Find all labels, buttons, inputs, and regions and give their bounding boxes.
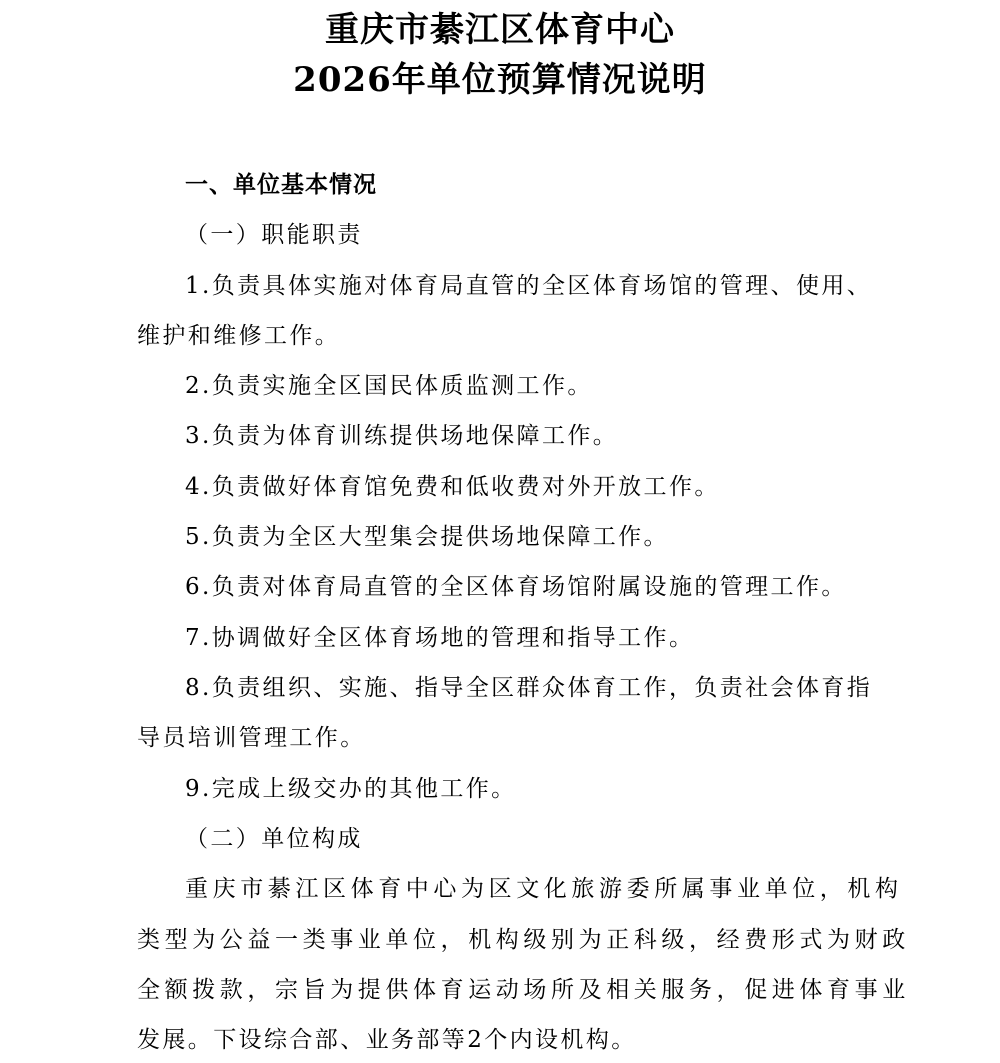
duty-item-4: 4.负责做好体育馆免费和低收费对外开放工作。	[185, 472, 945, 502]
section-heading: 一、单位基本情况	[185, 170, 945, 200]
composition-paragraph-line3: 全额拨款，宗旨为提供体育运动场所及相关服务，促进体育事业	[137, 975, 897, 1005]
duty-item-8-line1: 8.负责组织、实施、指导全区群众体育工作，负责社会体育指	[185, 673, 945, 703]
duty-item-8-line2: 导员培训管理工作。	[137, 723, 897, 753]
duty-item-1-line2: 维护和维修工作。	[137, 321, 897, 351]
composition-paragraph-line2: 类型为公益一类事业单位，机构级别为正科级，经费形式为财政	[137, 925, 897, 955]
duty-item-7: 7.协调做好全区体育场地的管理和指导工作。	[185, 623, 945, 653]
duty-item-5: 5.负责为全区大型集会提供场地保障工作。	[185, 522, 945, 552]
composition-paragraph-line4: 发展。下设综合部、业务部等2个内设机构。	[137, 1025, 897, 1055]
composition-paragraph-line1: 重庆市綦江区体育中心为区文化旅游委所属事业单位，机构	[185, 874, 945, 904]
subsection-heading-composition: （二）单位构成	[185, 824, 945, 854]
document-title-line1: 重庆市綦江区体育中心	[0, 10, 1000, 50]
duty-item-3: 3.负责为体育训练提供场地保障工作。	[185, 421, 945, 451]
duty-item-1-line1: 1.负责具体实施对体育局直管的全区体育场馆的管理、使用、	[185, 271, 945, 301]
document-title-line2: 2026年单位预算情况说明	[0, 60, 1000, 100]
duty-item-9: 9.完成上级交办的其他工作。	[185, 774, 945, 804]
duty-item-2: 2.负责实施全区国民体质监测工作。	[185, 371, 945, 401]
duty-item-6: 6.负责对体育局直管的全区体育场馆附属设施的管理工作。	[185, 572, 945, 602]
subsection-heading-duties: （一）职能职责	[185, 220, 945, 250]
